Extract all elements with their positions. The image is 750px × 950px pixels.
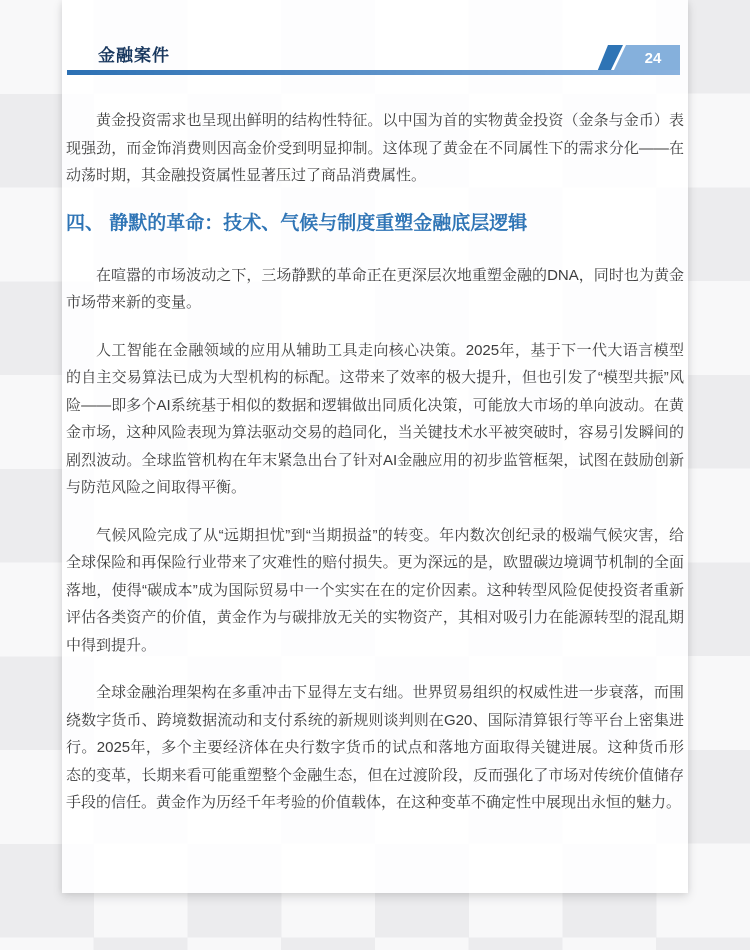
paragraph: 全球金融治理架构在多重冲击下显得左支右绌。世界贸易组织的权威性进一步衰落，而围绕… xyxy=(66,679,684,817)
page-header: 金融案件 24 xyxy=(62,0,688,75)
page-content: 黄金投资需求也呈现出鲜明的结构性特征。以中国为首的实物黄金投资（金条与金币）表现… xyxy=(62,107,688,817)
paragraph: 人工智能在金融领域的应用从辅助工具走向核心决策。2025年，基于下一代大语言模型… xyxy=(66,337,684,502)
paragraph-intro: 黄金投资需求也呈现出鲜明的结构性特征。以中国为首的实物黄金投资（金条与金币）表现… xyxy=(66,107,684,190)
page-number-badge: 24 xyxy=(595,45,680,72)
report-page: 金融案件 24 黄金投资需求也呈现出鲜明的结构性特征。以中国为首的实物黄金投资（… xyxy=(62,0,688,893)
section-heading: 四、 静默的革命：技术、气候与制度重塑金融底层逻辑 xyxy=(66,210,684,238)
page-title: 金融案件 xyxy=(98,41,170,66)
desktop-background: { "document": { "header": { "title": "金融… xyxy=(0,0,750,950)
page-number: 24 xyxy=(626,45,680,71)
paragraph: 在喧嚣的市场波动之下，三场静默的革命正在更深层次地重塑金融的DNA，同时也为黄金… xyxy=(66,262,684,317)
header-rule xyxy=(67,70,680,75)
paragraph: 气候风险完成了从“远期担忧”到“当期损益”的转变。年内数次创纪录的极端气候灾害，… xyxy=(66,522,684,660)
